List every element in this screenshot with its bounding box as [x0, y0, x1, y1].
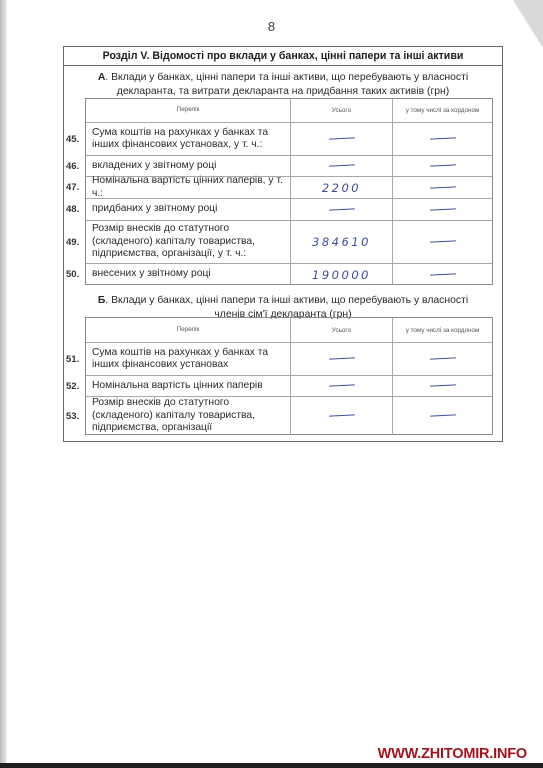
table-header-row: ПерелікУсьогоу тому числі за кордоном	[86, 99, 492, 122]
handwritten-dash	[429, 358, 455, 361]
handwritten-value: 384610	[312, 235, 371, 249]
handwritten-dash	[429, 138, 455, 141]
row-number: 46.	[66, 156, 84, 176]
handwritten-value: 2200	[322, 181, 361, 195]
part-a-title-line1: А. Вклади у банках, цінні папери та інші…	[64, 71, 502, 85]
column-header-total: Усього	[291, 99, 393, 122]
site-watermark: WWW.ZHITOMIR.INFO	[378, 746, 527, 762]
row-label: Номінальна вартість цінних паперів	[86, 376, 291, 396]
handwritten-dash	[429, 208, 455, 211]
column-header-total: Усього	[291, 318, 393, 342]
total-value: 384610	[291, 221, 393, 263]
total-value	[291, 397, 393, 435]
row-label: Розмір внесків до статутного (складеного…	[86, 221, 291, 263]
total-value	[291, 343, 393, 375]
row-label: вкладених у звітному році	[86, 156, 291, 176]
section-title: Розділ V. Відомості про вклади у банках,…	[64, 47, 502, 66]
handwritten-dash	[429, 273, 455, 276]
handwritten-dash	[328, 385, 354, 388]
table-row: 47.Номінальна вартість цінних паперів, у…	[86, 176, 492, 198]
handwritten-dash	[328, 165, 354, 168]
page-number: 8	[0, 19, 543, 34]
part-b-title-line1: Б. Вклади у банках, цінні папери та інші…	[64, 294, 502, 308]
row-number: 45.	[66, 123, 84, 155]
column-header-abroad: у тому числі за кордоном	[393, 318, 492, 342]
row-label: Номінальна вартість цінних паперів, у т.…	[86, 177, 291, 198]
scan-edge-shadow	[0, 0, 7, 768]
table-row: 50.внесених у звітному році190000	[86, 263, 492, 285]
row-label: внесених у звітному році	[86, 264, 291, 285]
total-value	[291, 376, 393, 396]
handwritten-dash	[429, 385, 455, 388]
handwritten-dash	[328, 358, 354, 361]
row-number: 50.	[66, 264, 84, 285]
handwritten-dash	[429, 165, 455, 168]
abroad-value	[393, 199, 492, 220]
table-row: 48.придбаних у звітному році	[86, 198, 492, 220]
row-number: 47.	[66, 177, 84, 198]
table-row: 46.вкладених у звітному році	[86, 155, 492, 176]
abroad-value	[393, 177, 492, 198]
total-value	[291, 156, 393, 176]
abroad-value	[393, 376, 492, 396]
row-number: 48.	[66, 199, 84, 220]
column-header-list: Перелік	[86, 99, 291, 122]
total-value: 2200	[291, 177, 393, 198]
handwritten-dash	[328, 415, 354, 418]
handwritten-dash	[429, 415, 455, 418]
row-number: 52.	[66, 376, 84, 396]
column-header-list: Перелік	[86, 318, 291, 342]
table-row: 45.Сума коштів на рахунках у банках та і…	[86, 122, 492, 155]
part-a-table: ПерелікУсьогоу тому числі за кордоном45.…	[85, 98, 493, 285]
scan-bottom-edge	[0, 763, 543, 768]
handwritten-dash	[328, 138, 354, 141]
handwritten-dash	[429, 186, 455, 189]
part-a-title-line2: декларанта, та витрати декларанта на при…	[64, 85, 502, 99]
row-label: Сума коштів на рахунках у банках та інши…	[86, 123, 291, 155]
row-label: придбаних у звітному році	[86, 199, 291, 220]
abroad-value	[393, 221, 492, 263]
handwritten-value: 190000	[312, 268, 371, 282]
abroad-value	[393, 156, 492, 176]
total-value	[291, 199, 393, 220]
total-value: 190000	[291, 264, 393, 285]
column-header-abroad: у тому числі за кордоном	[393, 99, 492, 122]
part-b-table: ПерелікУсьогоу тому числі за кордоном51.…	[85, 317, 493, 435]
table-row: 49.Розмір внесків до статутного (складен…	[86, 220, 492, 263]
table-row: 53.Розмір внесків до статутного (складен…	[86, 396, 492, 435]
row-label: Сума коштів на рахунках у банках та інши…	[86, 343, 291, 375]
table-header-row: ПерелікУсьогоу тому числі за кордоном	[86, 318, 492, 342]
table-row: 51.Сума коштів на рахунках у банках та і…	[86, 342, 492, 375]
row-number: 51.	[66, 343, 84, 375]
table-row: 52.Номінальна вартість цінних паперів	[86, 375, 492, 396]
total-value	[291, 123, 393, 155]
row-number: 49.	[66, 221, 84, 263]
abroad-value	[393, 264, 492, 285]
abroad-value	[393, 123, 492, 155]
handwritten-dash	[328, 208, 354, 211]
row-label: Розмір внесків до статутного (складеного…	[86, 397, 291, 435]
row-number: 53.	[66, 397, 84, 435]
part-a-title: А. Вклади у банках, цінні папери та інші…	[64, 71, 502, 98]
declaration-section-v: Розділ V. Відомості про вклади у банках,…	[63, 46, 503, 442]
handwritten-dash	[429, 241, 455, 244]
abroad-value	[393, 397, 492, 435]
abroad-value	[393, 343, 492, 375]
